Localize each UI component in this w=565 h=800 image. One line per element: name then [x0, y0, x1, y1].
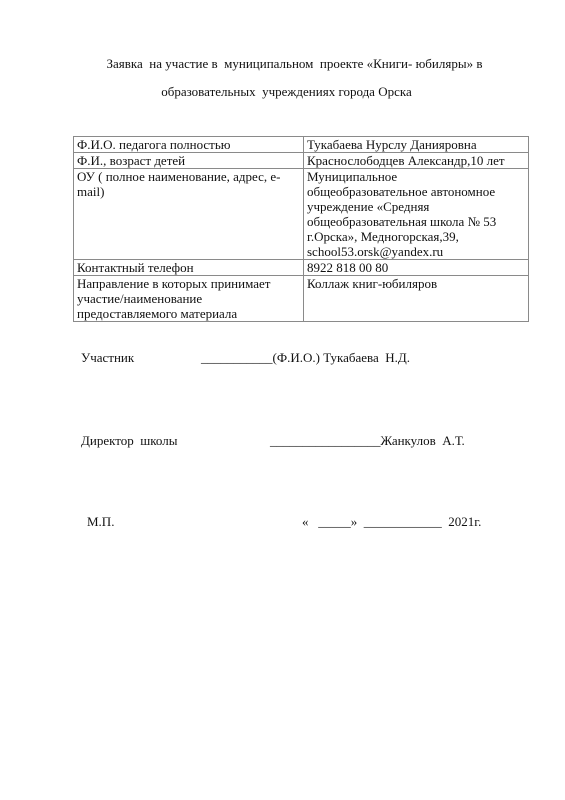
table-row: Направление в которых принимает участие/…: [74, 276, 529, 322]
row-value-phone: 8922 818 00 80: [304, 260, 529, 276]
row-label-teacher-name: Ф.И.О. педагога полностью: [74, 137, 304, 153]
row-label-school: ОУ ( полное наименование, адрес, e-mail): [74, 169, 304, 260]
stamp-label: М.П.: [87, 514, 114, 530]
table-row: ОУ ( полное наименование, адрес, e-mail)…: [74, 169, 529, 260]
document-title-line-2: образовательных учреждениях города Орска: [4, 84, 565, 100]
row-label-child: Ф.И., возраст детей: [74, 153, 304, 169]
row-label-phone: Контактный телефон: [74, 260, 304, 276]
director-label: Директор школы: [81, 433, 177, 449]
table-row: Контактный телефон 8922 818 00 80: [74, 260, 529, 276]
document-title-line-1: Заявка на участие в муниципальном проект…: [12, 56, 565, 72]
table-row: Ф.И.О. педагога полностью Тукабаева Нурс…: [74, 137, 529, 153]
row-value-school: Муниципальное общеобразовательное автоно…: [304, 169, 529, 260]
participant-label: Участник: [81, 350, 134, 366]
application-table: Ф.И.О. педагога полностью Тукабаева Нурс…: [73, 136, 529, 322]
table-row: Ф.И., возраст детей Краснослободцев Алек…: [74, 153, 529, 169]
row-value-teacher-name: Тукабаева Нурслу Данияровна: [304, 137, 529, 153]
row-label-direction: Направление в которых принимает участие/…: [74, 276, 304, 322]
director-signature-line: _________________Жанкулов А.Т.: [270, 433, 465, 449]
date-line: « _____» ____________ 2021г.: [302, 514, 481, 530]
participant-signature-line: ___________(Ф.И.О.) Тукабаева Н.Д.: [201, 350, 410, 366]
row-value-child: Краснослободцев Александр,10 лет: [304, 153, 529, 169]
row-value-direction: Коллаж книг-юбиляров: [304, 276, 529, 322]
